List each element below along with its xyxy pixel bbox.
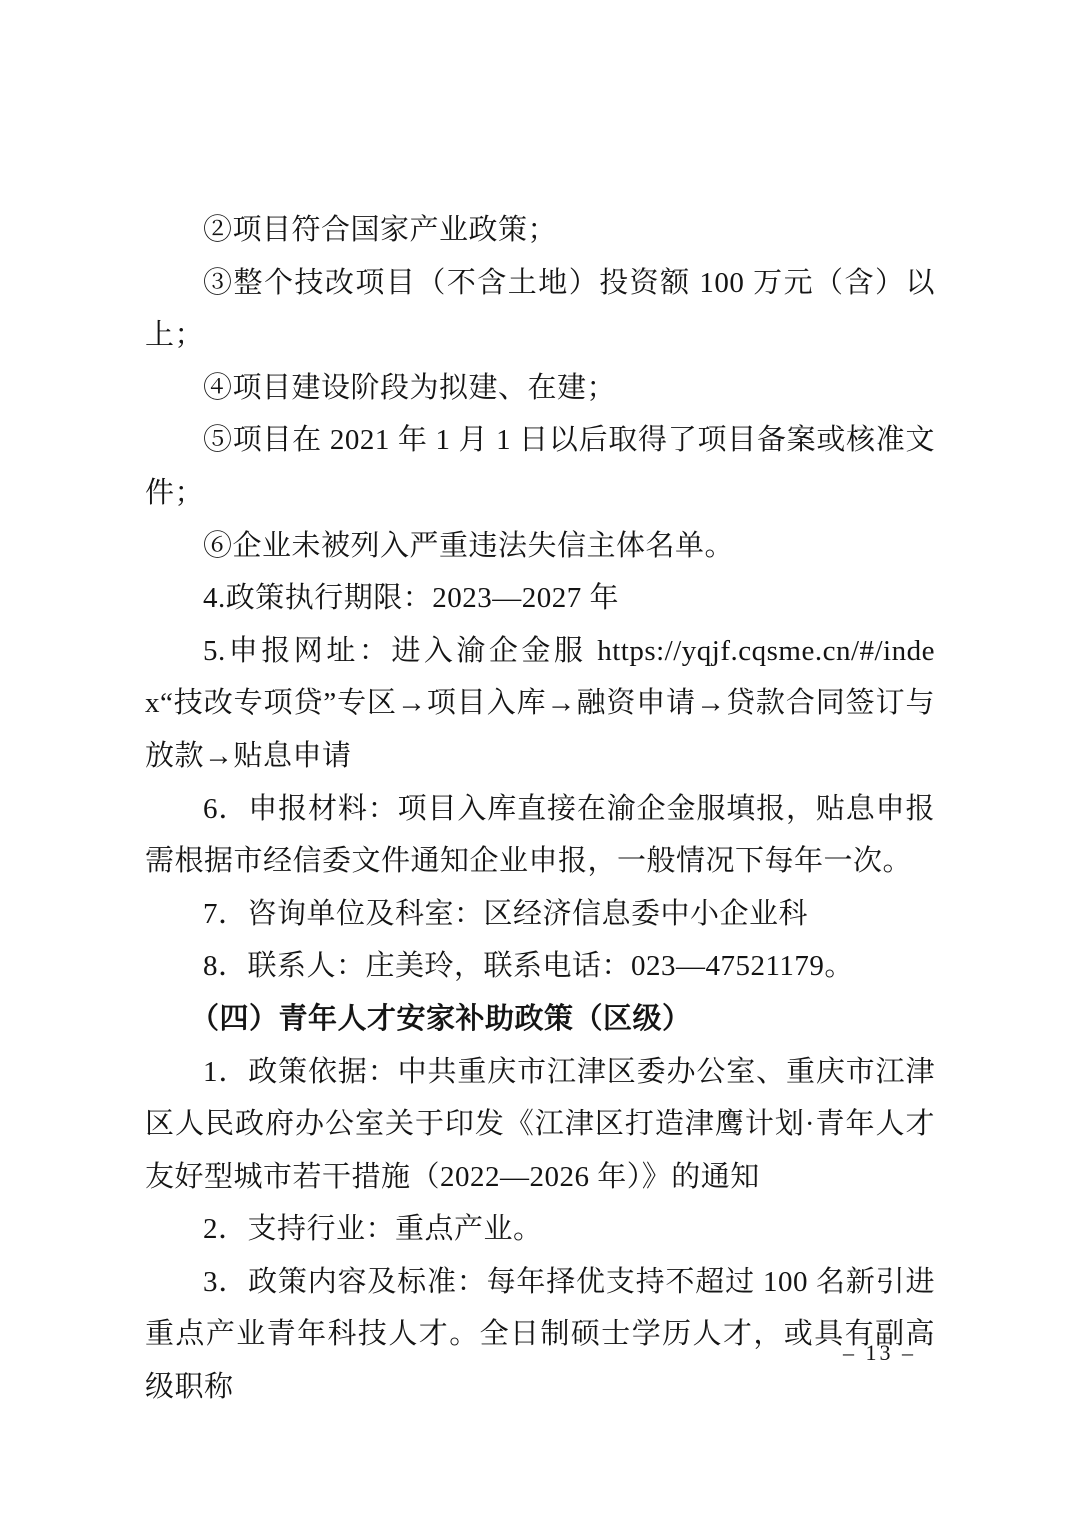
policy-basis-item: 1．政策依据：中共重庆市江津区委办公室、重庆市江津区人民政府办公室关于印发《江津… [145,1046,935,1204]
contact-person-item: 8．联系人：庄美玲，联系电话：023—47521179。 [145,940,935,993]
policy-content-item: 3．政策内容及标准：每年择优支持不超过 100 名新引进重点产业青年科技人才。全… [145,1256,935,1414]
section-heading: （四）青年人才安家补助政策（区级） [145,993,935,1046]
page-number: – 13 – [843,1340,916,1366]
application-url-item: 5.申报网址：进入渝企金服 https://yqjf.cqsme.cn/#/in… [145,625,935,783]
supported-industry-item: 2．支持行业：重点产业。 [145,1203,935,1256]
clause-item: ④项目建设阶段为拟建、在建； [145,362,935,415]
policy-period-item: 4.政策执行期限：2023—2027 年 [145,572,935,625]
consulting-unit-item: 7．咨询单位及科室：区经济信息委中小企业科 [145,888,935,941]
clause-item: ⑤项目在 2021 年 1 月 1 日以后取得了项目备案或核准文件； [145,414,935,519]
clause-item: ⑥企业未被列入严重违法失信主体名单。 [145,520,935,573]
document-body: ②项目符合国家产业政策； ③整个技改项目（不含土地）投资额 100 万元（含）以… [145,204,935,1414]
application-materials-item: 6．申报材料：项目入库直接在渝企金服填报，贴息申报需根据市经信委文件通知企业申报… [145,783,935,888]
document-page: ②项目符合国家产业政策； ③整个技改项目（不含土地）投资额 100 万元（含）以… [0,0,1074,1520]
clause-item: ②项目符合国家产业政策； [145,204,935,257]
clause-item: ③整个技改项目（不含土地）投资额 100 万元（含）以上； [145,257,935,362]
